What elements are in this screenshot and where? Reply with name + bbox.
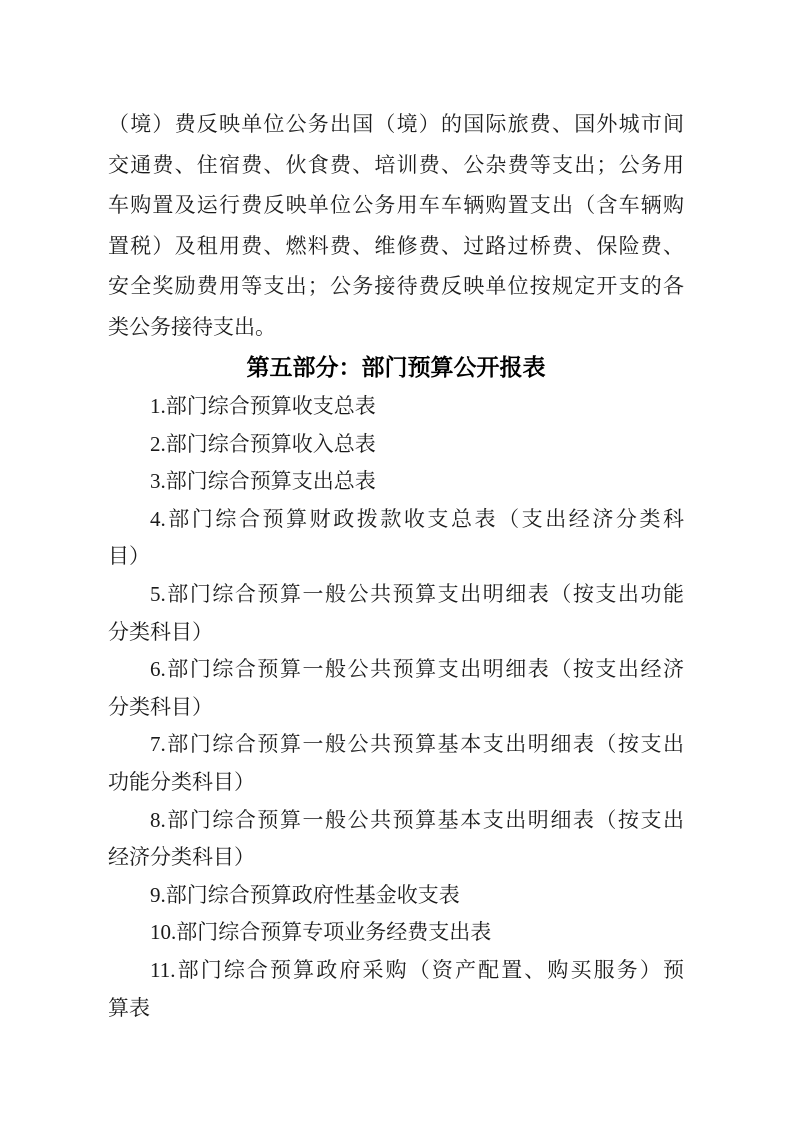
- paragraph-line: 置税）及租用费、燃料费、维修费、过路过桥费、保险费、: [108, 226, 684, 267]
- list-item-line: 1.部门综合预算收支总表: [108, 388, 684, 426]
- list-item-line: 分类科目）: [108, 614, 684, 652]
- list-item: 1.部门综合预算收支总表: [108, 388, 684, 426]
- document-content: （境）费反映单位公务出国（境）的国际旅费、国外城市间 交通费、住宿费、伙食费、培…: [108, 104, 684, 1027]
- list-item-line: 4.部门综合预算财政拨款收支总表（支出经济分类科: [108, 501, 684, 539]
- list-item: 6.部门综合预算一般公共预算支出明细表（按支出经济 分类科目）: [108, 651, 684, 726]
- paragraph-line: 类公务接待支出。: [108, 307, 684, 348]
- list-item: 8.部门综合预算一般公共预算基本支出明细表（按支出 经济分类科目）: [108, 802, 684, 877]
- list-item-line: 11.部门综合预算政府采购（资产配置、购买服务）预: [108, 952, 684, 990]
- section-heading: 第五部分：部门预算公开报表: [108, 347, 684, 388]
- list-item: 10.部门综合预算专项业务经费支出表: [108, 914, 684, 952]
- list-item: 9.部门综合预算政府性基金收支表: [108, 877, 684, 915]
- list-item: 4.部门综合预算财政拨款收支总表（支出经济分类科 目）: [108, 501, 684, 576]
- list-item: 11.部门综合预算政府采购（资产配置、购买服务）预 算表: [108, 952, 684, 1027]
- list-item-line: 6.部门综合预算一般公共预算支出明细表（按支出经济: [108, 651, 684, 689]
- list-item: 5.部门综合预算一般公共预算支出明细表（按支出功能 分类科目）: [108, 576, 684, 651]
- list-item-line: 2.部门综合预算收入总表: [108, 426, 684, 464]
- list-item: 7.部门综合预算一般公共预算基本支出明细表（按支出 功能分类科目）: [108, 726, 684, 801]
- document-page: （境）费反映单位公务出国（境）的国际旅费、国外城市间 交通费、住宿费、伙食费、培…: [0, 0, 793, 1122]
- list-item-line: 8.部门综合预算一般公共预算基本支出明细表（按支出: [108, 802, 684, 840]
- paragraph-line: 车购置及运行费反映单位公务用车车辆购置支出（含车辆购: [108, 185, 684, 226]
- paragraph-line: 交通费、住宿费、伙食费、培训费、公杂费等支出；公务用: [108, 145, 684, 186]
- list-item-line: 经济分类科目）: [108, 839, 684, 877]
- list-item-line: 3.部门综合预算支出总表: [108, 463, 684, 501]
- list-item-line: 目）: [108, 538, 684, 576]
- list-item-line: 10.部门综合预算专项业务经费支出表: [108, 914, 684, 952]
- list-item: 3.部门综合预算支出总表: [108, 463, 684, 501]
- list-item-line: 算表: [108, 990, 684, 1028]
- list-item: 2.部门综合预算收入总表: [108, 426, 684, 464]
- list-item-line: 分类科目）: [108, 689, 684, 727]
- paragraph-line: （境）费反映单位公务出国（境）的国际旅费、国外城市间: [108, 104, 684, 145]
- list-item-line: 5.部门综合预算一般公共预算支出明细表（按支出功能: [108, 576, 684, 614]
- list-item-line: 功能分类科目）: [108, 764, 684, 802]
- paragraph-line: 安全奖励费用等支出；公务接待费反映单位按规定开支的各: [108, 266, 684, 307]
- list-item-line: 7.部门综合预算一般公共预算基本支出明细表（按支出: [108, 726, 684, 764]
- list-item-line: 9.部门综合预算政府性基金收支表: [108, 877, 684, 915]
